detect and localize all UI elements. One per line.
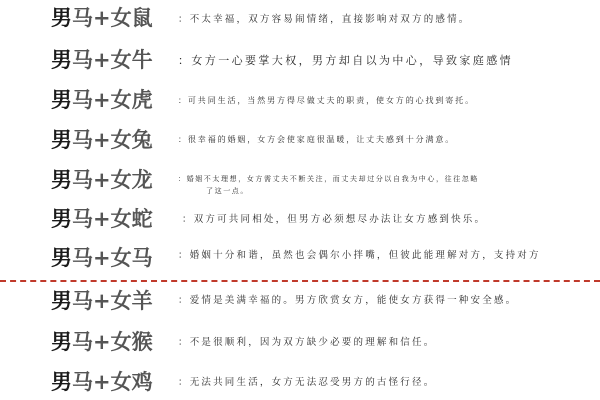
pairing-rest: 马+女蛇 bbox=[72, 207, 153, 231]
male-char: 男 bbox=[51, 289, 72, 313]
pairing-title: 男马+女蛇 bbox=[51, 205, 153, 233]
male-char: 男 bbox=[51, 168, 72, 192]
list-item-tiger: 男马+女虎 ：可共同生活，当然男方得尽做丈夫的职责，使女方的心找到寄托。 bbox=[0, 86, 600, 122]
pairing-title: 男马+女鼠 bbox=[51, 4, 153, 32]
pairing-description: ：婚姻十分和谐，虽然也会偶尔小拌嘴，但彼此能理解对方，支持对方 bbox=[178, 249, 541, 263]
pairing-title: 男马+女马 bbox=[51, 244, 153, 272]
male-char: 男 bbox=[51, 6, 72, 30]
list-item-monkey: 男马+女猴 ：不是很顺利，因为双方缺少必要的理解和信任。 bbox=[0, 328, 600, 364]
description-line-1: ：婚姻不太理想，女方需丈夫不断关注，而丈夫却过分以自我为中心，往往忽略 bbox=[178, 175, 479, 183]
pairing-title: 男马+女虎 bbox=[51, 86, 153, 114]
pairing-rest: 马+女虎 bbox=[72, 88, 153, 112]
pairing-rest: 马+女马 bbox=[72, 246, 153, 270]
pairing-rest: 马+女鸡 bbox=[72, 370, 153, 394]
pairing-rest: 马+女牛 bbox=[72, 48, 153, 72]
pairing-description: ：不太幸福，双方容易闹情绪，直接影响对双方的感情。 bbox=[178, 13, 471, 27]
list-item-snake: 男马+女蛇 ：双方可共同相处，但男方必须想尽办法让女方感到快乐。 bbox=[0, 205, 600, 241]
male-char: 男 bbox=[51, 370, 72, 394]
pairing-description: ：女方一心要掌大权，男方却自以为中心，导致家庭感情 bbox=[178, 54, 513, 68]
pairing-title: 男马+女鸡 bbox=[51, 368, 153, 396]
male-char: 男 bbox=[51, 48, 72, 72]
pairing-title: 男马+女猴 bbox=[51, 328, 153, 356]
pairing-rest: 马+女鼠 bbox=[72, 6, 153, 30]
pairing-description: ：爱情是美满幸福的。男方欣赏女方，能使女方获得一种安全感。 bbox=[178, 294, 517, 308]
male-char: 男 bbox=[51, 88, 72, 112]
pairing-title: 男马+女龙 bbox=[51, 166, 153, 194]
pairing-rest: 马+女猴 bbox=[72, 330, 153, 354]
list-item-goat: 男马+女羊 ：爱情是美满幸福的。男方欣赏女方，能使女方获得一种安全感。 bbox=[0, 287, 600, 323]
pairing-description: ：无法共同生活，女方无法忍受男方的古怪行径。 bbox=[178, 376, 435, 390]
pairing-description: ：可共同生活，当然男方得尽做丈夫的职责，使女方的心找到寄托。 bbox=[178, 95, 475, 107]
male-char: 男 bbox=[51, 246, 72, 270]
pairing-title: 男马+女羊 bbox=[51, 287, 153, 315]
male-char: 男 bbox=[51, 330, 72, 354]
pairing-rest: 马+女龙 bbox=[72, 168, 153, 192]
pairing-description: ：不是很顺利，因为双方缺少必要的理解和信任。 bbox=[178, 336, 435, 350]
list-item-rooster: 男马+女鸡 ：无法共同生活，女方无法忍受男方的古怪行径。 bbox=[0, 368, 600, 400]
male-char: 男 bbox=[51, 207, 72, 231]
pairing-description: ：很幸福的婚姻，女方会使家庭很温暖，让丈夫感到十分满意。 bbox=[178, 134, 455, 146]
pairing-description: ：婚姻不太理想，女方需丈夫不断关注，而丈夫却过分以自我为中心，往往忽略 了这一点… bbox=[178, 173, 479, 197]
description-line-2: 了这一点。 bbox=[178, 185, 479, 197]
pairing-title: 男马+女兔 bbox=[51, 126, 153, 154]
list-item-rat: 男马+女鼠 ：不太幸福，双方容易闹情绪，直接影响对双方的感情。 bbox=[0, 4, 600, 40]
pairing-description: ：双方可共同相处，但男方必须想尽办法让女方感到快乐。 bbox=[182, 213, 486, 227]
list-item-horse: 男马+女马 ：婚姻十分和谐，虽然也会偶尔小拌嘴，但彼此能理解对方，支持对方 bbox=[0, 244, 600, 280]
pairing-rest: 马+女羊 bbox=[72, 289, 153, 313]
pairing-title: 男马+女牛 bbox=[51, 46, 153, 74]
list-item-ox: 男马+女牛 ：女方一心要掌大权，男方却自以为中心，导致家庭感情 bbox=[0, 46, 600, 82]
list-item-rabbit: 男马+女兔 ：很幸福的婚姻，女方会使家庭很温暖，让丈夫感到十分满意。 bbox=[0, 126, 600, 162]
male-char: 男 bbox=[51, 128, 72, 152]
pairing-rest: 马+女兔 bbox=[72, 128, 153, 152]
list-item-dragon: 男马+女龙 ：婚姻不太理想，女方需丈夫不断关注，而丈夫却过分以自我为中心，往往忽… bbox=[0, 166, 600, 202]
dashed-divider bbox=[0, 280, 600, 282]
